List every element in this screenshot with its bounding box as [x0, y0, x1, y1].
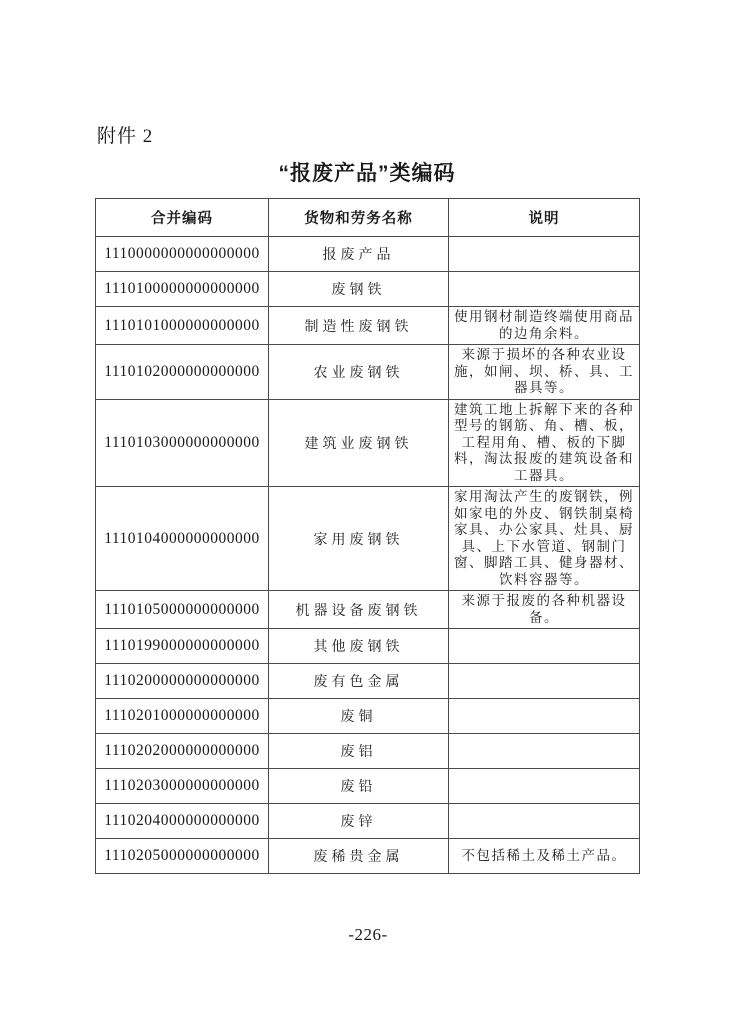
cell-note — [449, 699, 640, 734]
cell-note — [449, 237, 640, 272]
table-row: 1110203000000000000废铅 — [96, 769, 640, 804]
cell-name: 废铝 — [269, 734, 449, 769]
cell-code: 1110199000000000000 — [96, 629, 269, 664]
cell-code: 1110205000000000000 — [96, 839, 269, 874]
cell-name: 农业废钢铁 — [269, 345, 449, 400]
table-row: 1110199000000000000其他废钢铁 — [96, 629, 640, 664]
table-row: 1110102000000000000农业废钢铁来源于损坏的各种农业设施，如闸、… — [96, 345, 640, 400]
table-row: 1110204000000000000废锌 — [96, 804, 640, 839]
page-number: -226- — [0, 925, 736, 945]
cell-name: 家用废钢铁 — [269, 487, 449, 591]
cell-code: 1110203000000000000 — [96, 769, 269, 804]
cell-name: 废钢铁 — [269, 272, 449, 307]
column-header-0: 合并编码 — [96, 199, 269, 237]
table-row: 1110201000000000000废铜 — [96, 699, 640, 734]
table-row: 1110103000000000000建筑业废钢铁建筑工地上拆解下来的各种型号的… — [96, 399, 640, 487]
cell-note: 家用淘汰产生的废钢铁，例如家电的外皮、钢铁制桌椅家具、办公家具、灶具、厨具、上下… — [449, 487, 640, 591]
table-row: 1110202000000000000废铝 — [96, 734, 640, 769]
cell-note — [449, 734, 640, 769]
cell-note: 来源于报废的各种机器设备。 — [449, 591, 640, 629]
page-title: “报废产品”类编码 — [95, 157, 639, 187]
cell-code: 1110000000000000000 — [96, 237, 269, 272]
column-header-2: 说明 — [449, 199, 640, 237]
table-row: 1110200000000000000废有色金属 — [96, 664, 640, 699]
cell-note: 来源于损坏的各种农业设施，如闸、坝、桥、具、工器具等。 — [449, 345, 640, 400]
cell-code: 1110201000000000000 — [96, 699, 269, 734]
cell-code: 1110105000000000000 — [96, 591, 269, 629]
cell-code: 1110104000000000000 — [96, 487, 269, 591]
cell-note: 建筑工地上拆解下来的各种型号的钢筋、角、槽、板，工程用角、槽、板的下脚料，淘汰报… — [449, 399, 640, 487]
cell-code: 1110102000000000000 — [96, 345, 269, 400]
cell-code: 1110200000000000000 — [96, 664, 269, 699]
cell-code: 1110101000000000000 — [96, 307, 269, 345]
cell-name: 制造性废钢铁 — [269, 307, 449, 345]
column-header-1: 货物和劳务名称 — [269, 199, 449, 237]
cell-note: 使用钢材制造终端使用商品的边角余料。 — [449, 307, 640, 345]
cell-name: 废铅 — [269, 769, 449, 804]
table-row: 1110105000000000000机器设备废钢铁来源于报废的各种机器设备。 — [96, 591, 640, 629]
cell-note: 不包括稀土及稀土产品。 — [449, 839, 640, 874]
cell-name: 废稀贵金属 — [269, 839, 449, 874]
attachment-label: 附件 2 — [97, 121, 153, 148]
table-row: 1110000000000000000报废产品 — [96, 237, 640, 272]
cell-name: 废锌 — [269, 804, 449, 839]
table-row: 1110100000000000000废钢铁 — [96, 272, 640, 307]
table-body: 1110000000000000000报废产品11101000000000000… — [96, 237, 640, 874]
cell-code: 1110202000000000000 — [96, 734, 269, 769]
cell-code: 1110103000000000000 — [96, 399, 269, 487]
cell-name: 建筑业废钢铁 — [269, 399, 449, 487]
cell-code: 1110100000000000000 — [96, 272, 269, 307]
cell-name: 其他废钢铁 — [269, 629, 449, 664]
cell-name: 报废产品 — [269, 237, 449, 272]
table-row: 1110101000000000000制造性废钢铁使用钢材制造终端使用商品的边角… — [96, 307, 640, 345]
table-row: 1110205000000000000废稀贵金属不包括稀土及稀土产品。 — [96, 839, 640, 874]
document-page: 附件 2 “报废产品”类编码 合并编码货物和劳务名称说明 11100000000… — [0, 0, 736, 1009]
cell-note — [449, 664, 640, 699]
cell-code: 1110204000000000000 — [96, 804, 269, 839]
table-header-row: 合并编码货物和劳务名称说明 — [96, 199, 640, 237]
cell-name: 废有色金属 — [269, 664, 449, 699]
table-row: 1110104000000000000家用废钢铁家用淘汰产生的废钢铁，例如家电的… — [96, 487, 640, 591]
cell-note — [449, 769, 640, 804]
code-table: 合并编码货物和劳务名称说明 1110000000000000000报废产品111… — [95, 198, 640, 874]
cell-note — [449, 272, 640, 307]
cell-name: 机器设备废钢铁 — [269, 591, 449, 629]
cell-note — [449, 629, 640, 664]
cell-note — [449, 804, 640, 839]
cell-name: 废铜 — [269, 699, 449, 734]
